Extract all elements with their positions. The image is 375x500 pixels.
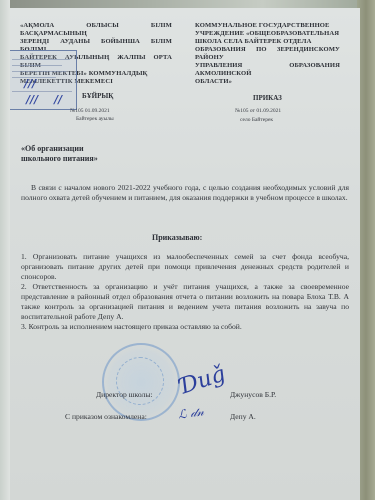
header-right-line: УЧРЕЖДЕНИЕ «ОБЩЕОБРАЗОВАТЕЛЬНАЯ (195, 30, 340, 38)
stamp-text-line (12, 91, 72, 92)
stamp-signature: /// (26, 93, 38, 106)
order-item: 3. Контроль за исполнением настоящего пр… (21, 322, 349, 332)
official-seal (102, 343, 180, 421)
registration-stamp: /// /// // (10, 50, 77, 110)
orders-list: 1. Организовать питание учащихся из мало… (21, 252, 349, 332)
acknowledged-label: С приказом ознакомлена: (65, 412, 147, 421)
order-title-russian: ПРИКАЗ (253, 94, 282, 102)
orders-heading: Приказываю: (152, 233, 202, 242)
order-number-date-kazakh: №105 01.09.2021 (70, 108, 110, 114)
stamp-text-line (12, 71, 66, 72)
director-signature: Ɗuǧ (177, 362, 228, 400)
header-right-line: УПРАВЛЕНИЯ ОБРАЗОВАНИЯ АКМОЛИНСКОЙ (195, 62, 340, 78)
intro-paragraph: В связи с началом нового 2021-2022 учебн… (21, 183, 349, 203)
subject-line: «Об организации (21, 144, 98, 154)
stamp-signature: /// (24, 77, 36, 90)
acknowledged-name: Депу А. (230, 412, 256, 421)
header-left-line: «АҚМОЛА ОБЛЫСЫ БІЛІМ БАСҚАРМАСЫНЫҢ (20, 22, 172, 38)
order-item: 2. Ответственность за организацию и учёт… (21, 282, 349, 322)
header-right-russian: КОММУНАЛЬНОЕ ГОСУДАРСТВЕННОЕ УЧРЕЖДЕНИЕ … (195, 22, 340, 86)
header-right-line: ОБЛАСТИ» (195, 78, 340, 86)
director-label: Директор школы: (96, 390, 153, 399)
order-title-kazakh: БҰЙРЫҚ (82, 92, 113, 100)
order-number-date-russian: №105 от 01.09.2021 (235, 108, 281, 114)
stamp-signature: // (54, 93, 62, 106)
director-name: Джунусов Б.Р. (230, 390, 276, 399)
header-right-line: ШКОЛА СЕЛА БАЙТЕРЕК ОТДЕЛА (195, 38, 340, 46)
order-place-russian: село Байтерек (240, 117, 273, 123)
header-right-line: КОММУНАЛЬНОЕ ГОСУДАРСТВЕННОЕ (195, 22, 340, 30)
order-subject: «Об организации школьного питания» (21, 144, 98, 164)
stamp-text-line (12, 65, 62, 66)
header-right-line: ОБРАЗОВАНИЯ ПО ЗЕРЕНДИНСКОМУ РАЙОНУ (195, 46, 340, 62)
stamp-text-line (12, 59, 70, 60)
order-item: 1. Организовать питание учащихся из мало… (21, 252, 349, 282)
subject-line: школьного питания» (21, 154, 98, 164)
order-place-kazakh: Байтерек ауылы (76, 116, 114, 122)
acknowledged-signature: ℒ 𝒹𝓃 (177, 404, 205, 422)
background-left-edge (0, 0, 10, 500)
document-page: «АҚМОЛА ОБЛЫСЫ БІЛІМ БАСҚАРМАСЫНЫҢ ЗЕРЕН… (10, 8, 360, 500)
